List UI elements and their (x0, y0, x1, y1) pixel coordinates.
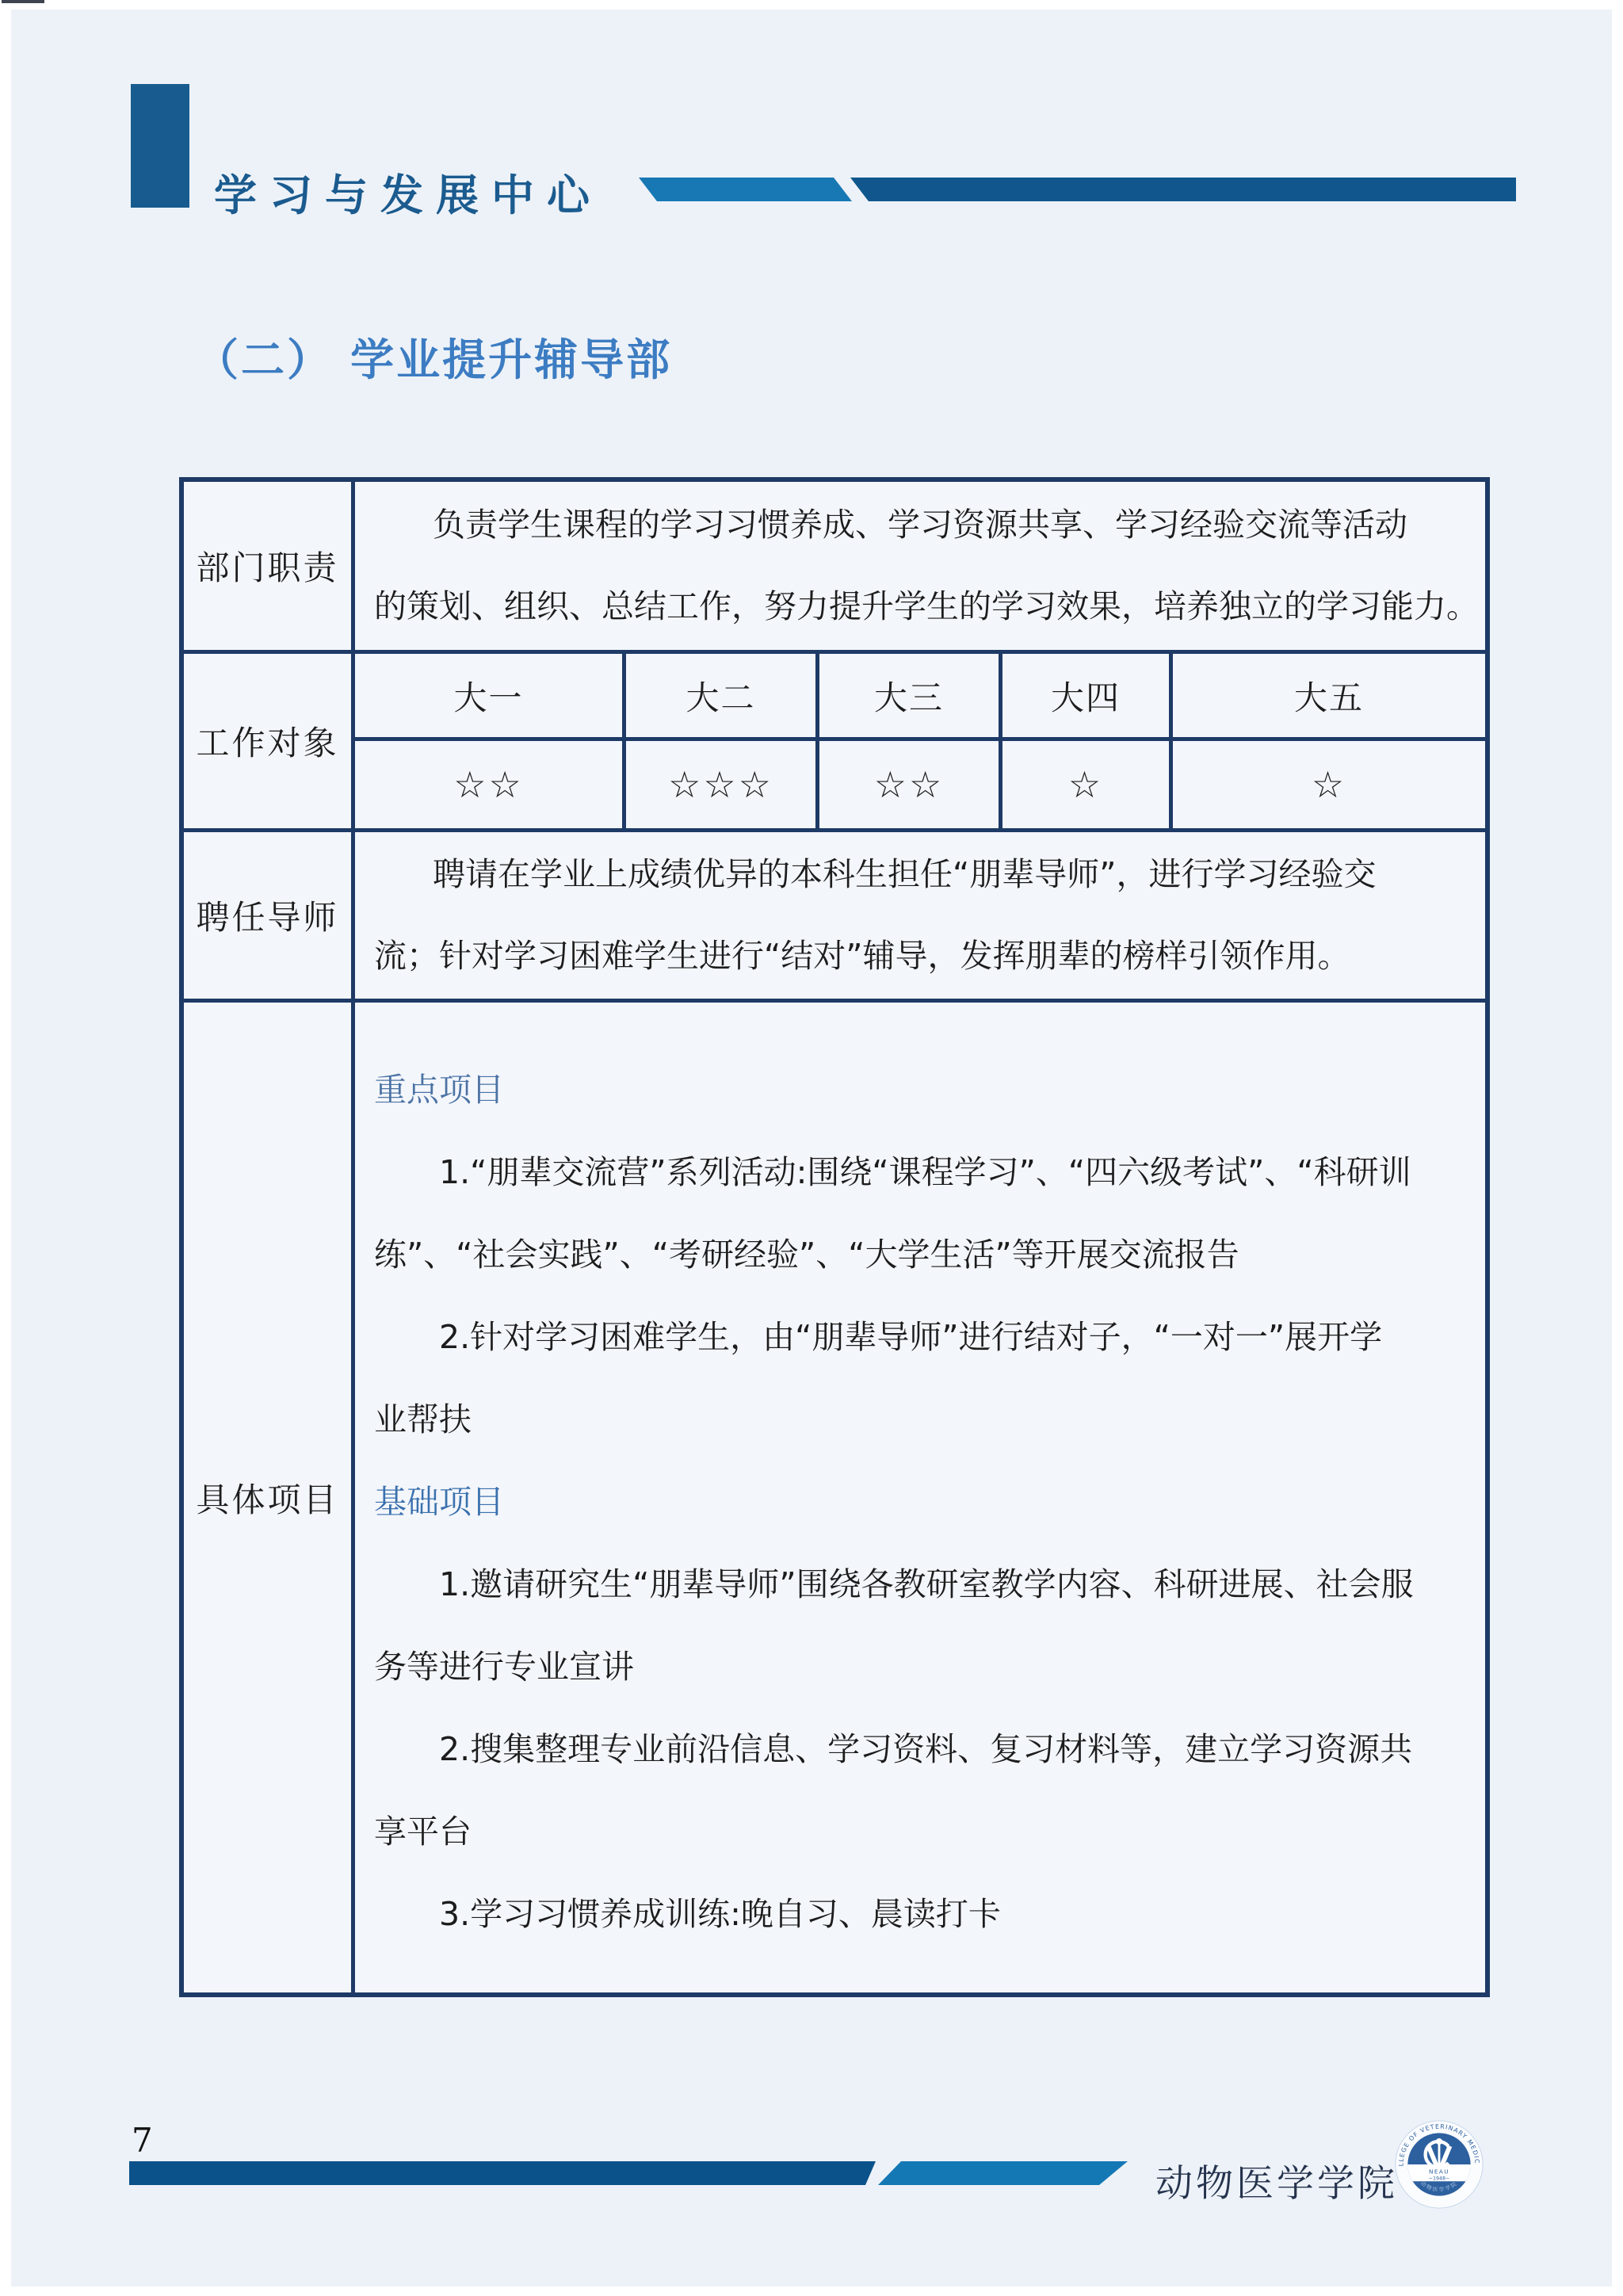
grade-label: 大三 (815, 654, 999, 737)
mentor-content: 聘请在学业上成绩优异的本科生担任“朋辈导师”，进行学习经验交 流；针对学习困难学… (355, 832, 1485, 999)
row-header-projects: 具体项目 (184, 1003, 355, 1992)
table-row-duty: 部门职责 负责学生课程的学习习惯养成、学习资源共享、学习经验交流等活动 的策划、… (184, 482, 1485, 650)
grade-stars: ☆ (1169, 737, 1485, 828)
grade-label: 大二 (622, 654, 815, 737)
seal-neau-text: NEAU (1429, 2168, 1449, 2176)
projects-content: 重点项目 1.“朋辈交流营”系列活动:围绕“课程学习”、“四六级考试”、“科研训… (355, 1003, 1485, 1992)
grade-label: 大四 (999, 654, 1169, 737)
grade-stars: ☆ (999, 737, 1169, 828)
grade-stars: ☆☆ (355, 737, 622, 828)
project-line: 务等进行专业宣讲 (374, 1626, 1466, 1708)
section-title: （二） 学业提升辅导部 (195, 325, 672, 388)
duty-line-2: 的策划、组织、总结工作，努力提升学生的学习效果，培养独立的学习能力。 (374, 566, 1466, 648)
project-line: 2.搜集整理专业前沿信息、学习资料、复习材料等，建立学习资源共 (374, 1708, 1466, 1790)
duty-content: 负责学生课程的学习习惯养成、学习资源共享、学习经验交流等活动 的策划、组织、总结… (355, 482, 1485, 650)
grade-label: 大一 (355, 654, 622, 737)
page-number: 7 (132, 2121, 153, 2160)
key-projects-label: 重点项目 (374, 1049, 1466, 1131)
footer-stripe-light (878, 2161, 1128, 2185)
project-line: 业帮扶 (374, 1378, 1466, 1461)
basic-projects-label: 基础项目 (374, 1461, 1466, 1543)
mentor-line-1: 聘请在学业上成绩优异的本科生担任“朋辈导师”，进行学习经验交 (374, 834, 1466, 915)
mentor-line-2: 流；针对学习困难学生进行“结对”辅导，发挥朋辈的榜样引领作用。 (374, 915, 1466, 997)
row-header-targets: 工作对象 (184, 654, 355, 828)
grade-stars: ☆☆☆ (622, 737, 815, 828)
project-line: 1.邀请研究生“朋辈导师”围绕各教研室教学内容、科研进展、社会服 (374, 1543, 1466, 1626)
college-seal-logo: COLLEGE OF VETERINARY MEDICINE NEAU ~194… (1393, 2118, 1485, 2210)
header-title: 学习与发展中心 (214, 162, 602, 223)
project-line: 练”、“社会实践”、“考研经验”、“大学生活”等开展交流报告 (374, 1213, 1466, 1296)
footer-college-name: 动物医学学院 (1155, 2154, 1398, 2207)
row-header-duty: 部门职责 (184, 482, 355, 650)
project-line: 1.“朋辈交流营”系列活动:围绕“课程学习”、“四六级考试”、“科研训 (374, 1131, 1466, 1213)
header-stripe-dark (850, 178, 1516, 201)
table-row-mentor: 聘任导师 聘请在学业上成绩优异的本科生担任“朋辈导师”，进行学习经验交 流；针对… (184, 828, 1485, 999)
header-accent-bar (131, 84, 189, 208)
row-header-mentor: 聘任导师 (184, 832, 355, 999)
seal-year-text: ~1948~ (1429, 2176, 1449, 2181)
grade-grid: 大一 大二 大三 大四 大五 ☆☆ ☆☆☆ ☆☆ ☆ ☆ (355, 654, 1485, 828)
department-table: 部门职责 负责学生课程的学习习惯养成、学习资源共享、学习经验交流等活动 的策划、… (179, 477, 1490, 1997)
project-line: 3.学习习惯养成训练:晚自习、晨读打卡 (374, 1873, 1466, 1955)
project-line: 享平台 (374, 1790, 1466, 1873)
grade-label: 大五 (1169, 654, 1485, 737)
table-row-projects: 具体项目 重点项目 1.“朋辈交流营”系列活动:围绕“课程学习”、“四六级考试”… (184, 999, 1485, 1992)
table-row-targets: 工作对象 大一 大二 大三 大四 大五 ☆☆ ☆☆☆ ☆☆ ☆ ☆ (184, 650, 1485, 828)
grade-stars: ☆☆ (815, 737, 999, 828)
scan-edge-artifact (2, 0, 44, 3)
duty-line-1: 负责学生课程的学习习惯养成、学习资源共享、学习经验交流等活动 (374, 484, 1466, 566)
document-page: 学习与发展中心 （二） 学业提升辅导部 部门职责 负责学生课程的学习习惯养成、学… (11, 10, 1612, 2286)
header-stripe-light (639, 178, 852, 201)
footer-stripe-dark (129, 2161, 876, 2185)
project-line: 2.针对学习困难学生，由“朋辈导师”进行结对子，“一对一”展开学 (374, 1296, 1466, 1378)
